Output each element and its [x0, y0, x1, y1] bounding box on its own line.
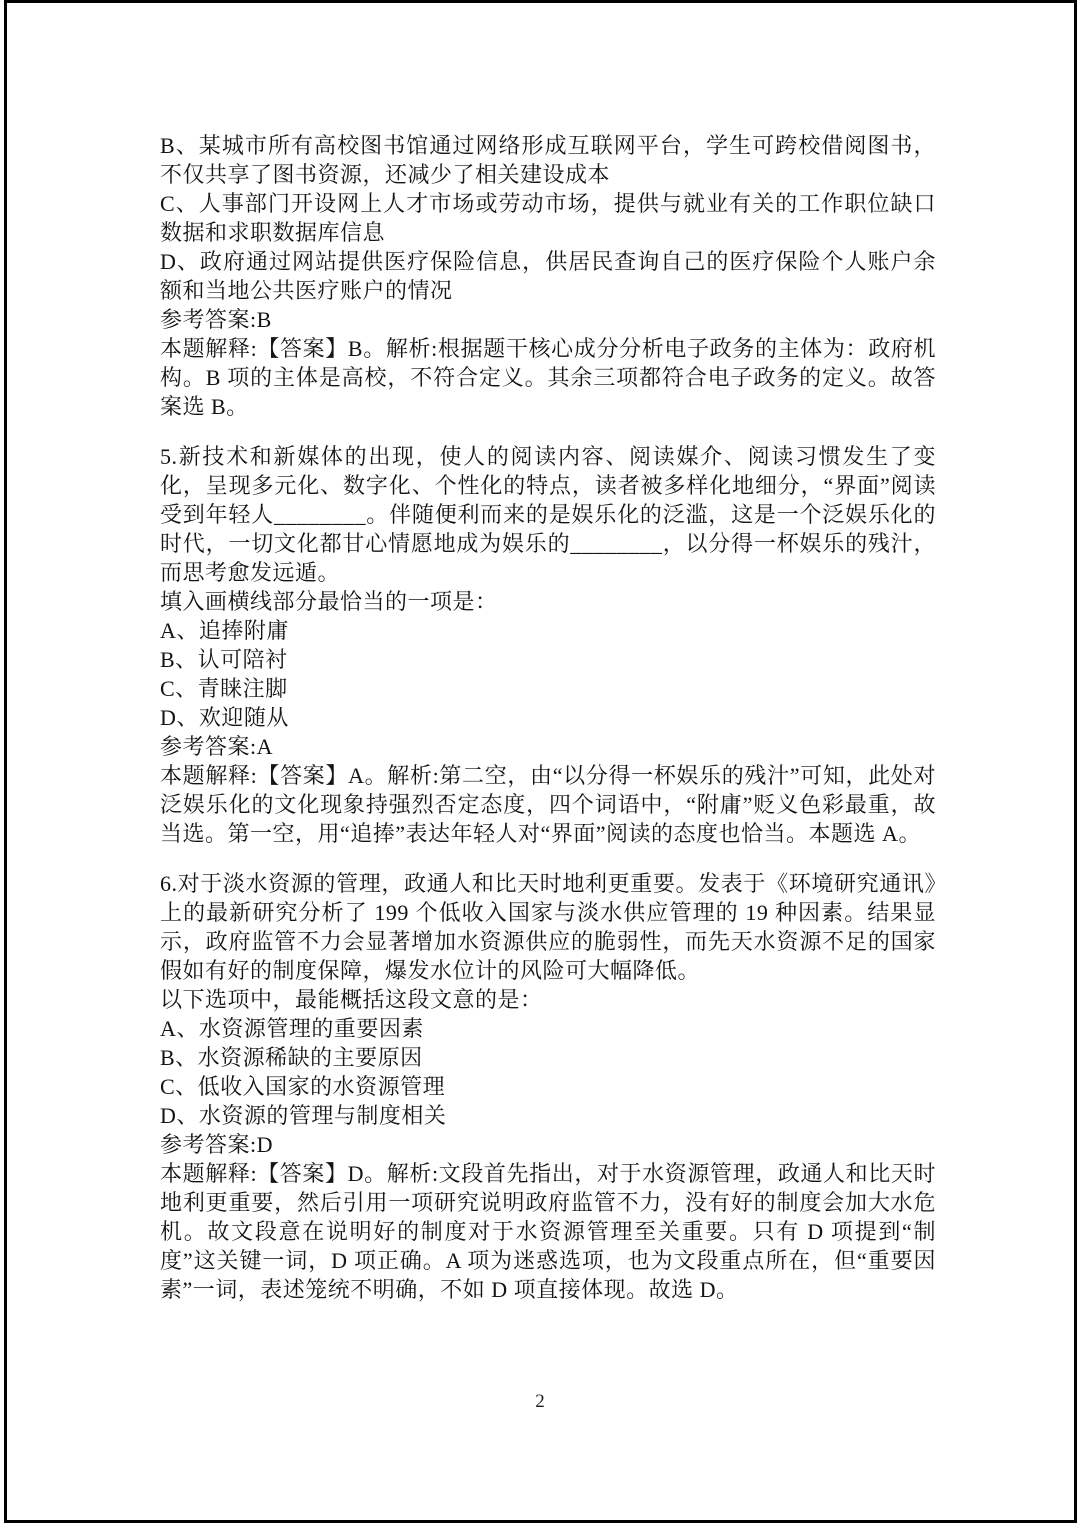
question-5-option-b: B、认可陪衬 — [160, 645, 936, 674]
question-4-option-c: C、人事部门开设网上人才市场或劳动市场，提供与就业有关的工作职位缺口数据和求职数… — [160, 189, 936, 247]
question-6-answer: 参考答案:D — [160, 1130, 936, 1159]
question-5-option-d: D、欢迎随从 — [160, 703, 936, 732]
question-4-explanation: 本题解释:【答案】B。解析:根据题干核心成分分析电子政务的主体为：政府机构。B … — [160, 334, 936, 421]
question-5-option-c: C、青睐注脚 — [160, 674, 936, 703]
question-4-option-d: D、政府通过网站提供医疗保险信息，供居民查询自己的医疗保险个人账户余额和当地公共… — [160, 247, 936, 305]
question-6-option-c: C、低收入国家的水资源管理 — [160, 1072, 936, 1101]
document-content: B、某城市所有高校图书馆通过网络形成互联网平台，学生可跨校借阅图书，不仅共享了图… — [160, 131, 936, 1304]
question-5: 5.新技术和新媒体的出现，使人的阅读内容、阅读媒介、阅读习惯发生了变化，呈现多元… — [160, 442, 936, 848]
question-5-explanation: 本题解释:【答案】A。解析:第二空，由“以分得一杯娱乐的残汁”可知，此处对泛娱乐… — [160, 761, 936, 848]
page-number: 2 — [0, 1391, 1080, 1413]
question-5-option-a: A、追捧附庸 — [160, 616, 936, 645]
question-6-prompt: 以下选项中，最能概括这段文意的是： — [160, 985, 936, 1014]
question-4-answer: 参考答案:B — [160, 305, 936, 334]
question-6-option-d: D、水资源的管理与制度相关 — [160, 1101, 936, 1130]
question-5-prompt: 填入画横线部分最恰当的一项是： — [160, 587, 936, 616]
question-6-stem: 6.对于淡水资源的管理，政通人和比天时地利更重要。发表于《环境研究通讯》上的最新… — [160, 869, 936, 985]
question-6-option-b: B、水资源稀缺的主要原因 — [160, 1043, 936, 1072]
question-6-explanation: 本题解释:【答案】D。解析:文段首先指出，对于水资源管理，政通人和比天时地利更重… — [160, 1159, 936, 1304]
question-4-continuation: B、某城市所有高校图书馆通过网络形成互联网平台，学生可跨校借阅图书，不仅共享了图… — [160, 131, 936, 421]
question-6: 6.对于淡水资源的管理，政通人和比天时地利更重要。发表于《环境研究通讯》上的最新… — [160, 869, 936, 1304]
question-5-answer: 参考答案:A — [160, 732, 936, 761]
question-6-option-a: A、水资源管理的重要因素 — [160, 1014, 936, 1043]
question-4-option-b: B、某城市所有高校图书馆通过网络形成互联网平台，学生可跨校借阅图书，不仅共享了图… — [160, 131, 936, 189]
question-5-stem: 5.新技术和新媒体的出现，使人的阅读内容、阅读媒介、阅读习惯发生了变化，呈现多元… — [160, 442, 936, 587]
